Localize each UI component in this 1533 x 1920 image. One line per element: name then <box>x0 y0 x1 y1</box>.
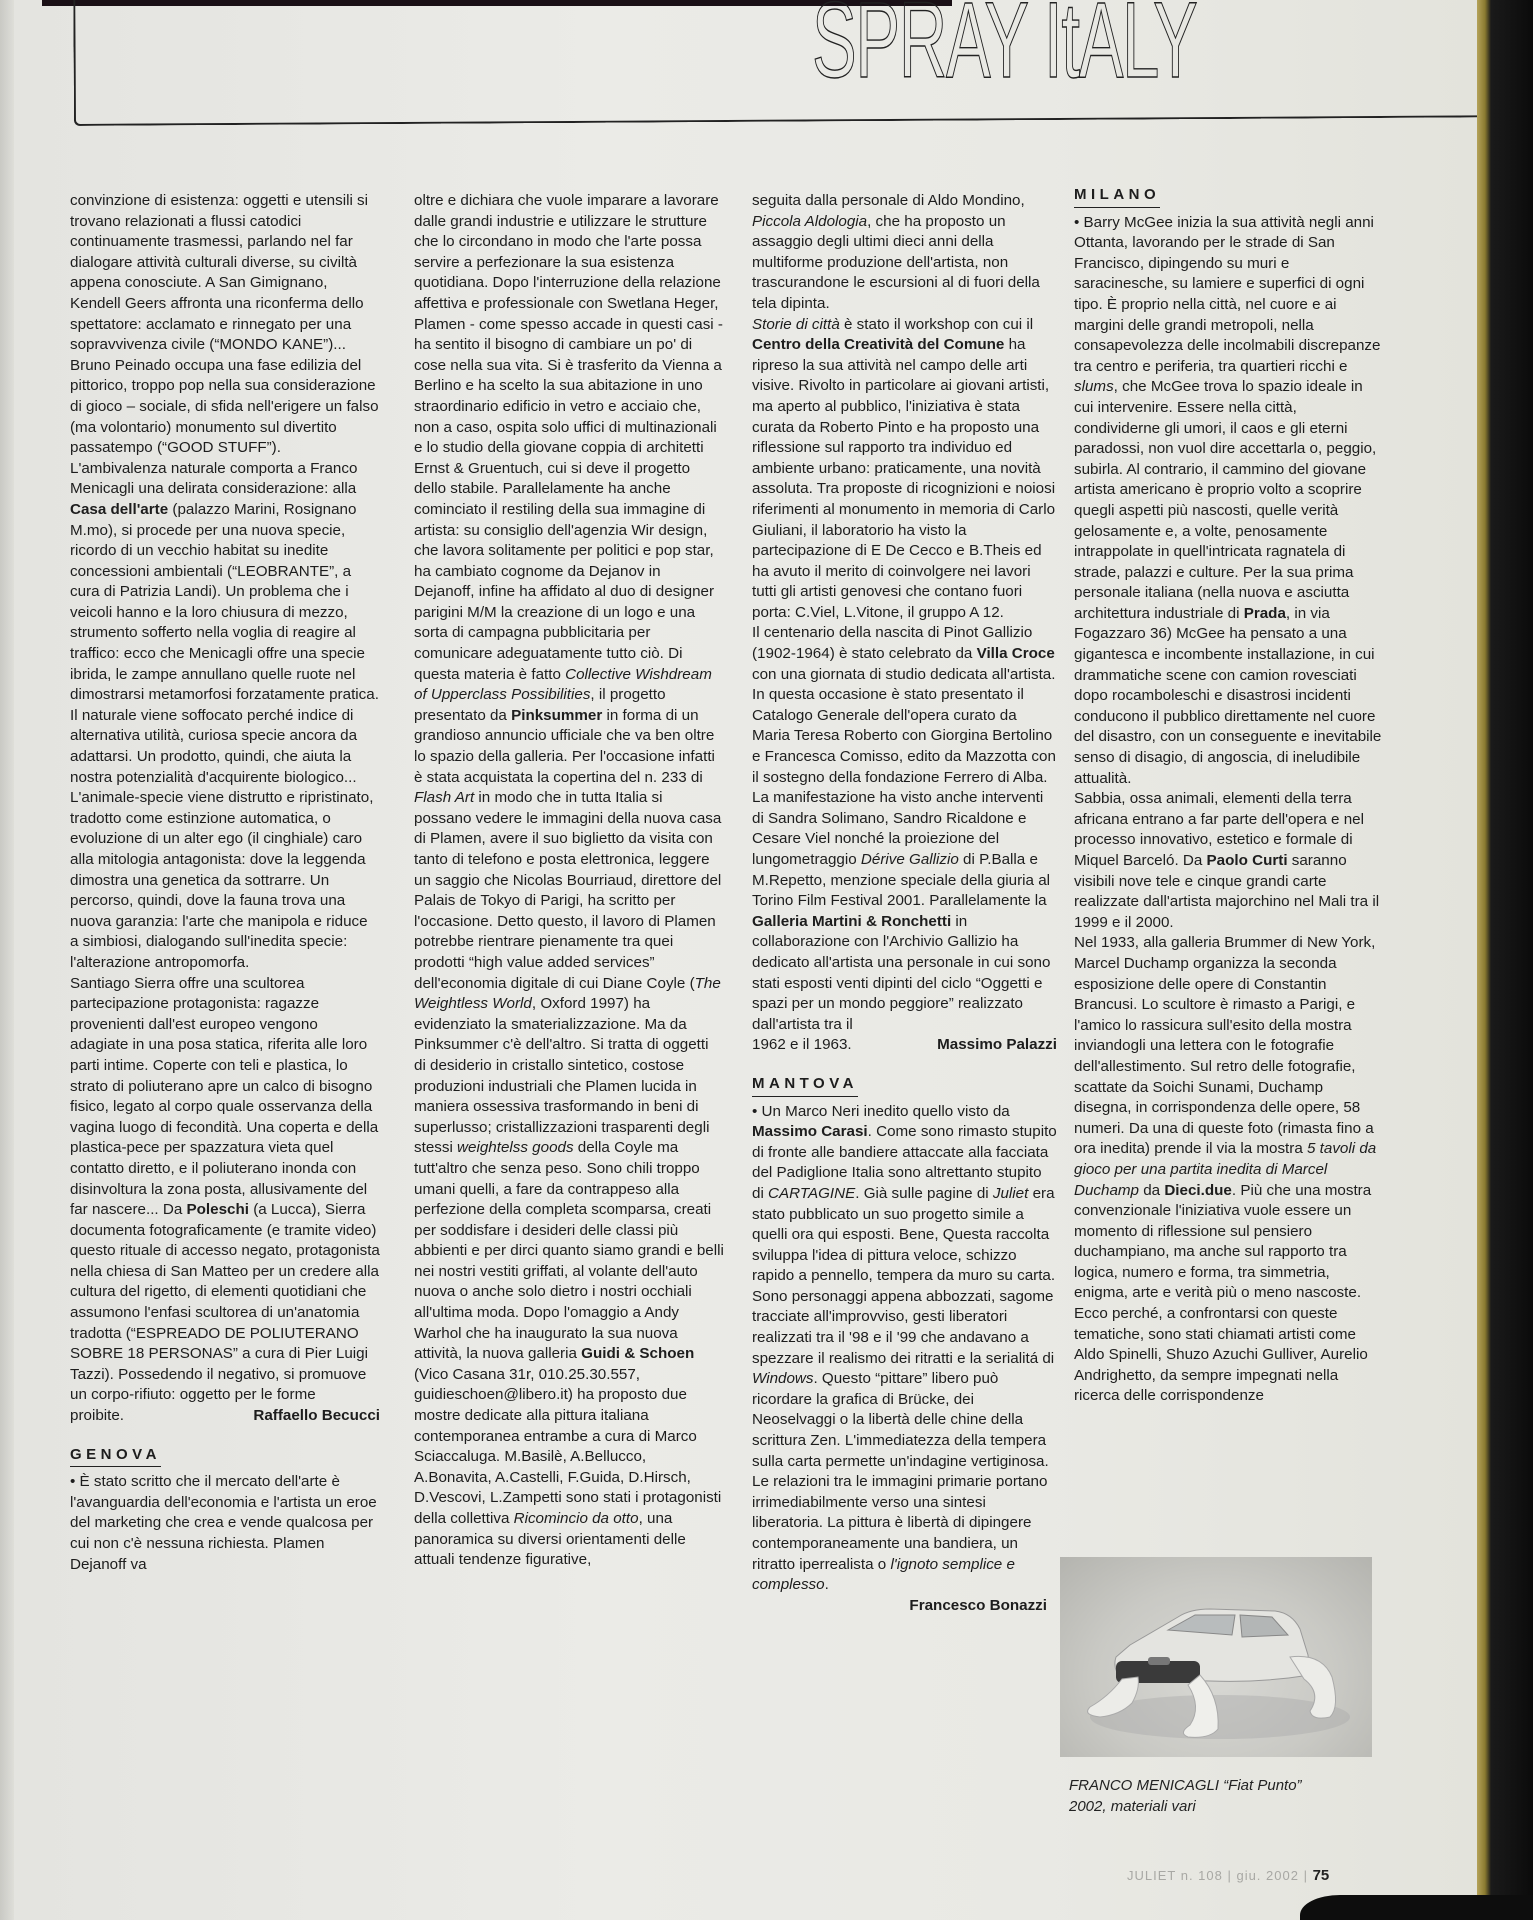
section-heading-milano: MILANO <box>1074 185 1160 208</box>
paragraph: Sabbia, ossa animali, elementi della ter… <box>1074 789 1384 933</box>
paragraph: convinzione di esistenza: oggetti e uten… <box>70 191 380 459</box>
masthead-title: SPRAY ItALY <box>812 0 1197 94</box>
caption-title: FRANCO MENICAGLI “Fiat Punto” <box>1069 1775 1302 1796</box>
paragraph: • È stato scritto che il mercato dell'ar… <box>70 1472 380 1575</box>
paragraph: Santiago Sierra offre una scultorea part… <box>70 974 380 1406</box>
venue-name: Galleria Martini & Ronchetti <box>752 913 951 930</box>
venue-name: Massimo Carasi <box>752 1123 868 1140</box>
paragraph: Il centenario della nascita di Pinot Gal… <box>752 623 1057 1035</box>
paragraph: • Barry McGee inizia la sua attività neg… <box>1074 213 1384 790</box>
column-2: oltre e dichiara che vuole imparare a la… <box>414 191 724 1571</box>
page-left-edge <box>0 0 14 1920</box>
page-number: 75 <box>1313 1867 1330 1884</box>
header-frame <box>73 0 1479 126</box>
venue-name: Centro della Creatività del Comune <box>752 336 1004 353</box>
paragraph: Storie di città è stato il workshop con … <box>752 315 1057 624</box>
column-4: MILANO • Barry McGee inizia la sua attiv… <box>1074 185 1384 1407</box>
car-sculpture-illustration <box>1060 1557 1372 1757</box>
author-name: Raffaello Becucci <box>253 1406 380 1427</box>
folio-text: JULIET n. 108 | giu. 2002 | <box>1127 1868 1308 1883</box>
caption-details: 2002, materiali vari <box>1069 1796 1302 1817</box>
author-name: Massimo Palazzi <box>937 1035 1057 1056</box>
author-name: Francesco Bonazzi <box>752 1596 1057 1617</box>
artwork-photo <box>1060 1557 1372 1757</box>
venue-name: Guidi & Schoen <box>581 1345 694 1362</box>
venue-name: Casa dell'arte <box>70 501 168 518</box>
section-heading-mantova: MANTOVA <box>752 1074 858 1097</box>
venue-name: Paolo Curti <box>1207 852 1288 869</box>
section-heading-genova: GENOVA <box>70 1445 161 1468</box>
page-right-edge <box>1477 0 1533 1920</box>
paragraph: • Un Marco Neri inedito quello visto da … <box>752 1102 1057 1596</box>
paragraph: Nel 1933, alla galleria Brummer di New Y… <box>1074 933 1384 1407</box>
venue-name: Villa Croce <box>977 645 1055 662</box>
paragraph: oltre e dichiara che vuole imparare a la… <box>414 191 724 1571</box>
venue-name: Pinksummer <box>511 707 602 724</box>
magazine-page: SPRAY ItALY convinzione di esistenza: og… <box>12 0 1477 1920</box>
byline: proibite.Raffaello Becucci <box>70 1406 380 1427</box>
venue-name: Poleschi <box>187 1201 249 1218</box>
background-shadow <box>1300 1895 1533 1920</box>
venue-name: Prada <box>1244 605 1286 622</box>
byline: 1962 e il 1963.Massimo Palazzi <box>752 1035 1057 1056</box>
paragraph: L'ambivalenza naturale comporta a Franco… <box>70 459 380 974</box>
photo-caption: FRANCO MENICAGLI “Fiat Punto” 2002, mate… <box>1069 1775 1302 1817</box>
column-3: seguita dalla personale di Aldo Mondino,… <box>752 191 1057 1616</box>
page-folio: JULIET n. 108 | giu. 2002 | 75 <box>1127 1867 1329 1884</box>
paragraph: seguita dalla personale di Aldo Mondino,… <box>752 191 1057 315</box>
venue-name: Dieci.due <box>1164 1182 1232 1199</box>
column-1: convinzione di esistenza: oggetti e uten… <box>70 191 380 1575</box>
